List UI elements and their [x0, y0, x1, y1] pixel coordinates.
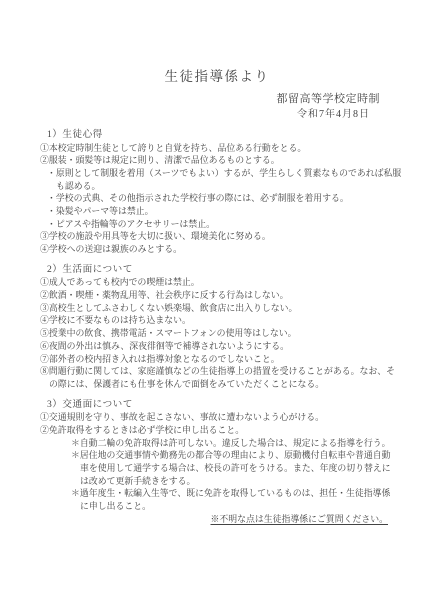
document-line: ＊過年度生・転編入生等で、既に免許を取得しているものは、担任・生徒指導係 — [71, 487, 394, 500]
document-line: ③高校生としてふさわしくない娯楽場、飲食店に出入りしない。 — [40, 302, 394, 315]
document-line: ＊自動二輪の免許取得は許可しない。違反した場合は、規定による指導を行う。 — [71, 437, 394, 450]
document-line: は改めて更新手続きをする。 — [80, 475, 394, 488]
footer-note: ※不明な点は生徒指導係にご質問ください。 — [40, 513, 394, 526]
document-line: ・学校の式典、その他指示された学校行事の際には、必ず制服を着用する。 — [47, 192, 394, 205]
document-line: ①成人であっても校内での喫煙は禁止。 — [40, 276, 394, 289]
document-line: 車を使用して通学する場合は、校長の許可をうける。また、年度の切り替えに — [80, 462, 394, 475]
document-line: ②服装・頭髪等は規定に則り、清潔で品位あるものとする。 — [40, 154, 394, 167]
section-heading: 3）交通面について — [47, 398, 394, 412]
document-date: 令和7年4月8日 — [40, 108, 394, 121]
document-line: ③学校の施設や用具等を大切に扱い、環境美化に努める。 — [40, 230, 394, 243]
document-line: ・染髪やパーマ等は禁止。 — [47, 205, 394, 218]
document-line: ②免許取得をするときは必ず学校に申し出ること。 — [40, 424, 394, 437]
document-line: に申し出ること。 — [80, 500, 394, 513]
document-line: の際には、保護者にも仕事を休んで面倒をみていただくことになる。 — [49, 378, 394, 391]
footer-note-text: ※不明な点は生徒指導係にご質問ください。 — [211, 514, 389, 524]
document-line: ⑥夜間の外出は慎み、深夜徘徊等で補導されないようにする。 — [40, 340, 394, 353]
document-line: ④学校に不要なものは持ち込まない。 — [40, 314, 394, 327]
document-line: ①交通規則を守り、事故を起こさない、事故に遭わないよう心がける。 — [40, 411, 394, 424]
page-title: 生徒指導係より — [40, 68, 394, 86]
document-line: も認める。 — [56, 180, 394, 193]
document-line: ⑦部外者の校内招き入れは指導対象となるのでしないこと。 — [40, 353, 394, 366]
document-body: 1）生徒心得①本校定時制生徒として誇りと自覚を持ち、品位ある行動をとる。②服装・… — [40, 128, 394, 513]
document-line: ⑧問題行動に関しては、家庭謹慎などの生徒指導上の措置を受けることがある。なお、そ — [40, 365, 394, 378]
document-line: ＊居住地の交通事情や勤務先の都合等の理由により、原動機付自転車や普通自動 — [71, 449, 394, 462]
document-line: ④学校への送迎は親族のみとする。 — [40, 243, 394, 256]
school-name: 都留高等学校定時制 — [40, 92, 394, 106]
section-heading: 1）生徒心得 — [47, 128, 394, 142]
section: 3）交通面について①交通規則を守り、事故を起こさない、事故に遭わないよう心がける… — [40, 398, 394, 513]
document-line: ①本校定時制生徒として誇りと自覚を持ち、品位ある行動をとる。 — [40, 142, 394, 155]
section: 1）生徒心得①本校定時制生徒として誇りと自覚を持ち、品位ある行動をとる。②服装・… — [40, 128, 394, 256]
document-line: ⑤授業中の飲食、携帯電話・スマートフォンの使用等はしない。 — [40, 327, 394, 340]
section: 2）生活面について①成人であっても校内での喫煙は禁止。②飲酒・喫煙・薬物乱用等、… — [40, 263, 394, 391]
document-line: ②飲酒・喫煙・薬物乱用等、社会秩序に反する行為はしない。 — [40, 289, 394, 302]
document-page: 生徒指導係より 都留高等学校定時制 令和7年4月8日 1）生徒心得①本校定時制生… — [0, 0, 424, 600]
document-line: ・ピアスや指輪等のアクセサリーは禁止。 — [47, 218, 394, 231]
section-heading: 2）生活面について — [47, 263, 394, 277]
document-line: ・原則として制服を着用（スーツでもよい）するが、学生らしく質素なものであれば私服 — [47, 167, 394, 180]
